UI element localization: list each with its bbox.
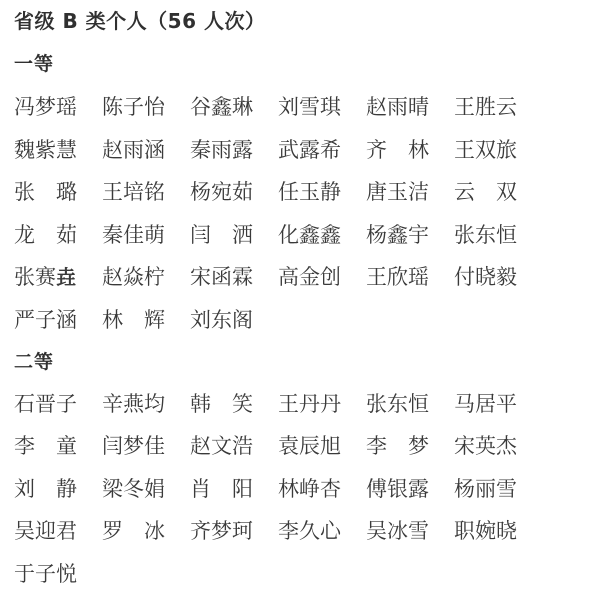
name-grid-second: 石晋子辛燕均韩 笑王丹丹张东恒马居平李 童闫梦佳赵文浩袁辰旭李 梦宋英杰刘 静梁… [14,394,613,585]
person-name: 傅银露 [366,479,429,500]
section-heading-first: 一等 [14,55,613,74]
person-name: 吴冰雪 [366,521,429,542]
person-name: 武露希 [278,140,341,161]
document-page: 省级 B 类个人（56 人次） 一等 冯梦瑶陈子怡谷鑫琳刘雪琪赵雨晴王胜云魏紫慧… [0,0,613,616]
person-name: 张 璐 [14,182,77,203]
person-name: 赵文浩 [190,436,253,457]
person-name: 杨丽雪 [454,479,517,500]
person-name: 王欣瑶 [366,267,429,288]
person-name: 林 辉 [102,310,165,331]
person-name: 刘 静 [14,479,77,500]
person-name: 龙 茹 [14,225,77,246]
person-name: 李久心 [278,521,341,542]
person-name: 刘东阁 [190,310,253,331]
person-name: 宋英杰 [454,436,517,457]
person-name: 石晋子 [14,394,77,415]
person-name: 韩 笑 [190,394,253,415]
name-grid-first: 冯梦瑶陈子怡谷鑫琳刘雪琪赵雨晴王胜云魏紫慧赵雨涵秦雨露武露希齐 林王双旅张 璐王… [14,97,613,331]
person-name: 唐玉洁 [366,182,429,203]
person-name: 谷鑫琳 [190,97,253,118]
person-name: 张东恒 [366,394,429,415]
person-name: 林峥杏 [278,479,341,500]
person-name: 闫 洒 [190,225,253,246]
section-heading-second: 二等 [14,353,613,372]
person-name: 职婉晓 [454,521,517,542]
person-name: 赵焱柠 [102,267,165,288]
section-first-class: 一等 冯梦瑶陈子怡谷鑫琳刘雪琪赵雨晴王胜云魏紫慧赵雨涵秦雨露武露希齐 林王双旅张… [14,55,613,331]
person-name: 马居平 [454,394,517,415]
page-title: 省级 B 类个人（56 人次） [14,10,613,32]
person-name: 化鑫鑫 [278,225,341,246]
person-name: 李 童 [14,436,77,457]
person-name: 秦佳萌 [102,225,165,246]
person-name: 张赛垚 [14,267,77,288]
person-name: 于子悦 [14,564,77,585]
person-name: 齐 林 [366,140,429,161]
person-name: 王胜云 [454,97,517,118]
person-name: 齐梦珂 [190,521,253,542]
person-name: 梁冬娟 [102,479,165,500]
person-name: 高金创 [278,267,341,288]
person-name: 王双旅 [454,140,517,161]
person-name: 李 梦 [366,436,429,457]
person-name: 杨鑫宇 [366,225,429,246]
person-name: 严子涵 [14,310,77,331]
person-name: 辛燕均 [102,394,165,415]
person-name: 王丹丹 [278,394,341,415]
person-name: 刘雪琪 [278,97,341,118]
person-name: 吴迎君 [14,521,77,542]
person-name: 袁辰旭 [278,436,341,457]
person-name: 付晓毅 [454,267,517,288]
person-name: 杨宛茹 [190,182,253,203]
person-name: 陈子怡 [102,97,165,118]
person-name: 张东恒 [454,225,517,246]
person-name: 任玉静 [278,182,341,203]
person-name: 宋函霖 [190,267,253,288]
person-name: 赵雨晴 [366,97,429,118]
person-name: 罗 冰 [102,521,165,542]
person-name: 秦雨露 [190,140,253,161]
person-name: 冯梦瑶 [14,97,77,118]
rare-character-bold: 垚 [56,265,76,289]
person-name: 云 双 [454,182,517,203]
person-name: 魏紫慧 [14,140,77,161]
person-name: 王培铭 [102,182,165,203]
person-name: 肖 阳 [190,479,253,500]
section-second-class: 二等 石晋子辛燕均韩 笑王丹丹张东恒马居平李 童闫梦佳赵文浩袁辰旭李 梦宋英杰刘… [14,353,613,585]
person-name: 赵雨涵 [102,140,165,161]
person-name: 闫梦佳 [102,436,165,457]
